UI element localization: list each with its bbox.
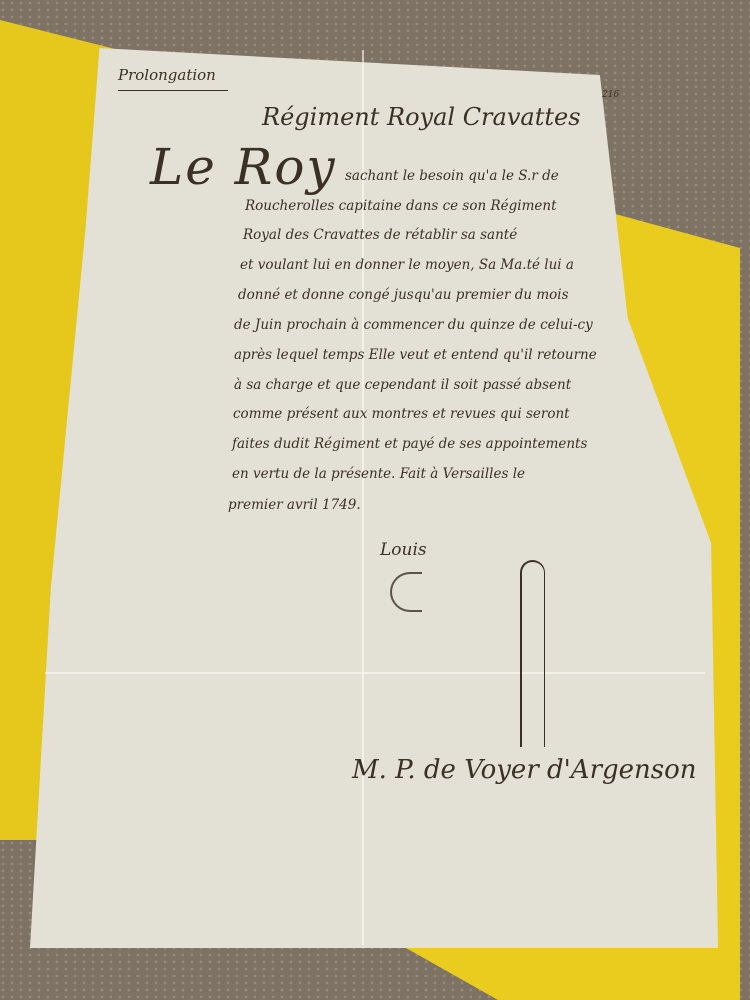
regiment-heading: Régiment Royal Cravattes	[262, 103, 581, 131]
vertical-fold-crease	[362, 50, 364, 945]
paraph-stroke-icon	[520, 560, 545, 747]
minister-signature: M. P. de Voyer d'Argenson	[352, 755, 697, 785]
body-line: donné et donne congé jusqu'au premier du…	[238, 287, 569, 303]
folio-number: 216	[602, 90, 619, 100]
body-line: de Juin prochain à commencer du quinze d…	[234, 317, 593, 333]
king-signature: Louis	[380, 540, 427, 560]
body-line: en vertu de la présente. Fait à Versaill…	[232, 466, 525, 482]
opening-le-roy: Le Roy	[150, 138, 337, 196]
margin-note: Prolongation	[118, 66, 216, 84]
body-line: faites dudit Régiment et payé de ses app…	[232, 436, 587, 452]
body-line: à sa charge et que cependant il soit pas…	[234, 377, 571, 393]
body-line: Roucherolles capitaine dans ce son Régim…	[245, 198, 557, 214]
body-line: après lequel temps Elle veut et entend q…	[234, 347, 597, 363]
body-line: Royal des Cravattes de rétablir sa santé	[243, 227, 517, 243]
body-line: sachant le besoin qu'a le S.r de	[345, 168, 559, 184]
signature-flourish-icon	[390, 572, 422, 612]
body-line: premier avril 1749.	[228, 497, 361, 513]
body-line: comme présent aux montres et revues qui …	[233, 406, 570, 422]
body-line: et voulant lui en donner le moyen, Sa Ma…	[240, 257, 574, 273]
horizontal-fold-crease	[45, 672, 705, 674]
